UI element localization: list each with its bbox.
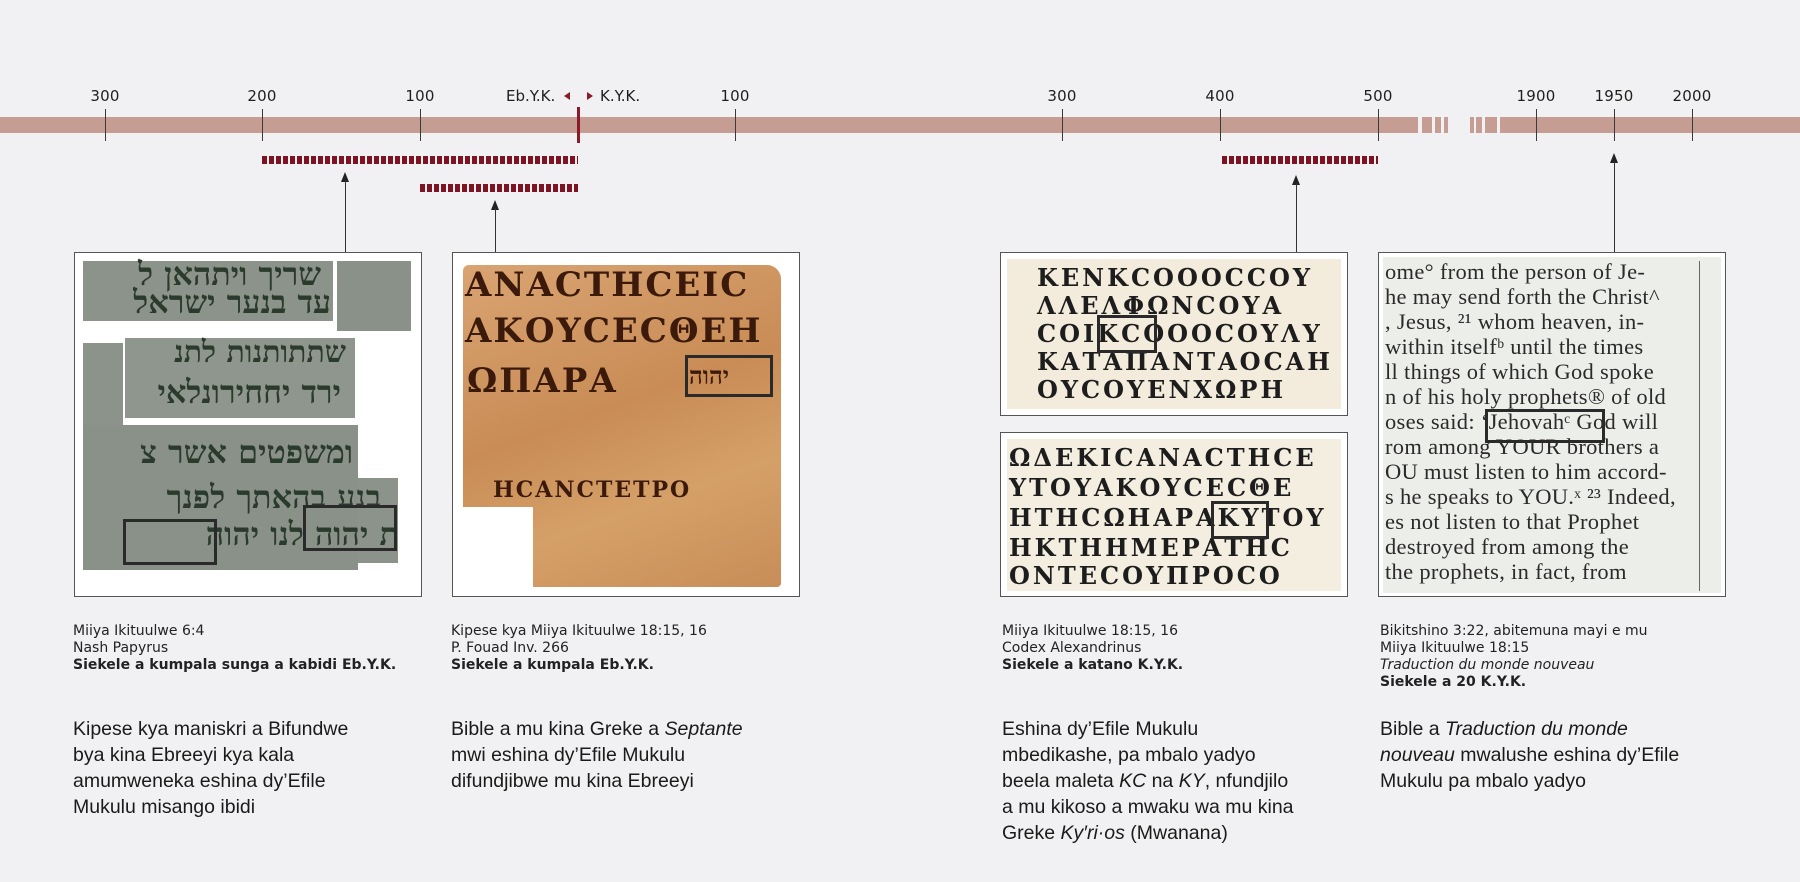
- caption-nash-papyrus: Miiya Ikituulwe 6:4 Nash Papyrus Siekele…: [73, 623, 396, 674]
- description-line: nouveau mwalushe eshina dy’Efile: [1380, 742, 1760, 768]
- bible-text-line: destroyed from among the: [1385, 534, 1629, 560]
- image-p-fouad-266: ΑΝΑCΤΗCΕΙC ΑΚΟΥCΕCΘΕΗ ΩΠΑΡΑ ΗCΑΝCΤΕΤΡΟ י…: [452, 252, 800, 597]
- timeline-break-gap: [1448, 117, 1468, 133]
- caption-date: Siekele a kumpala sunga a kabidi Eb.Y.K.: [73, 657, 396, 674]
- caption-date: Siekele a 20 K.Y.K.: [1380, 674, 1648, 691]
- description-line: Bible a Traduction du monde: [1380, 716, 1760, 742]
- era-divider: [577, 107, 580, 143]
- caption-p-fouad: Kipese kya Miiya Ikituulwe 18:15, 16 P. …: [451, 623, 707, 674]
- caption-translation: Traduction du monde nouveau: [1380, 657, 1648, 674]
- manuscript-text-line: ΚΕΝΚCΟΟΟCCΟΥ: [1037, 263, 1313, 292]
- papyrus-fragment: [337, 261, 411, 331]
- date-range-codex-alexandrinus: [1222, 156, 1378, 164]
- caption-source: P. Fouad Inv. 266: [451, 640, 707, 657]
- timeline-bar-segment: [1470, 117, 1474, 133]
- caption-reference-continued: Miiya Ikituulwe 18:15: [1380, 640, 1648, 657]
- manuscript-text-line: ΛΛΕΛΦΩΝCΟΥΑ: [1037, 291, 1284, 320]
- tick-label: 200: [247, 87, 276, 105]
- manuscript-text-line: ירד יחחירונלאי: [157, 373, 341, 411]
- description-new-world-translation: Bible a Traduction du monde nouveau mwal…: [1380, 716, 1760, 794]
- description-line: Mukulu misango ibidi: [73, 794, 413, 820]
- manuscript-text-line: ΟΝΤΕCΟΥΠΡΟCΟ: [1009, 561, 1283, 590]
- bible-text-line: s he speaks to YOU.ˣ ²³ Indeed,: [1385, 484, 1676, 510]
- divine-name-highlight: [303, 505, 397, 551]
- divine-name-highlight: [685, 355, 773, 397]
- caption-source: Nash Papyrus: [73, 640, 396, 657]
- description-line: amumweneka eshina dy’Efile: [73, 768, 413, 794]
- divine-name-highlight: [1485, 409, 1605, 443]
- description-line: Mukulu pa mbalo yadyo: [1380, 768, 1760, 794]
- connector-line: [495, 208, 496, 252]
- tick-label: 500: [1363, 87, 1392, 105]
- image-codex-alexandrinus-1: ΚΕΝΚCΟΟΟCCΟΥ ΛΛΕΛΦΩΝCΟΥΑ CΟΙΚCΟΟΟCΟΥΛΥ Κ…: [1000, 252, 1348, 416]
- connector-line: [1296, 183, 1297, 252]
- arrow-left-icon: [564, 92, 570, 100]
- bible-text-line: within itselfᵇ until the times: [1385, 334, 1643, 360]
- tick-label: 2000: [1673, 87, 1712, 105]
- description-codex-alexandrinus: Eshina dy’Efile Mukulu mbedikashe, pa mb…: [1002, 716, 1362, 846]
- description-line: Eshina dy’Efile Mukulu: [1002, 716, 1362, 742]
- tick-400-ce: [1220, 109, 1221, 141]
- manuscript-text-line: ΑΝΑCΤΗCΕΙC: [465, 265, 749, 305]
- bible-text-line: he may send forth the Christ^: [1385, 284, 1660, 310]
- manuscript-text-line: ΗCΑΝCΤΕΤΡΟ: [493, 477, 691, 503]
- bible-text-line: n of his holy prophets® of old: [1385, 384, 1666, 410]
- tick-label: 1900: [1517, 87, 1556, 105]
- timeline-bar-segment: [1476, 117, 1482, 133]
- divine-name-highlight: [1211, 501, 1269, 539]
- tick-100-ce: [735, 109, 736, 141]
- caption-reference: Kipese kya Miiya Ikituulwe 18:15, 16: [451, 623, 707, 640]
- image-codex-alexandrinus-2: ΩΔΕΚΙCΑΝΑCΤΗCΕ ΥΤΟΥΑΚΟΥCΕCΘΕ ΗΤΗCΩΗΑΡΑΚΥ…: [1000, 432, 1348, 597]
- description-line: bya kina Ebreeyi kya kala: [73, 742, 413, 768]
- bible-text-line: , Jesus, ²¹ whom heaven, in-: [1385, 309, 1644, 335]
- tick-label: 300: [90, 87, 119, 105]
- timeline-bar-segment: [1485, 117, 1497, 133]
- description-line: Greke Ky′ri·os (Mwanana): [1002, 820, 1362, 846]
- description-line: difundjibwe mu kina Ebreeyi: [451, 768, 791, 794]
- manuscript-text-line: ΩΠΑΡΑ: [467, 361, 618, 401]
- manuscript-text-line: ΩΔΕΚΙCΑΝΑCΤΗCΕ: [1009, 443, 1317, 472]
- divine-name-highlight: [123, 519, 217, 565]
- papyrus-fragment-cutout: [463, 507, 533, 587]
- timeline-bar-segment: [1500, 117, 1800, 133]
- bible-text-line: es not listen to that Prophet: [1385, 509, 1639, 535]
- timeline-bar-segment: [1422, 117, 1432, 133]
- era-label-ce: K.Y.K.: [600, 87, 640, 105]
- arrow-right-icon: [587, 92, 593, 100]
- caption-codex-alexandrinus: Miiya Ikituulwe 18:15, 16 Codex Alexandr…: [1002, 623, 1183, 674]
- tick-1950-ce: [1614, 109, 1615, 141]
- tick-label: 100: [720, 87, 749, 105]
- description-line: mwi eshina dy’Efile Mukulu: [451, 742, 791, 768]
- tick-300-ce: [1062, 109, 1063, 141]
- bible-text-line: ome° from the person of Je-: [1385, 259, 1645, 285]
- tick-label: 100: [405, 87, 434, 105]
- tick-label: 400: [1205, 87, 1234, 105]
- caption-new-world-translation: Bikitshino 3:22, abitemuna mayi e mu Mii…: [1380, 623, 1648, 691]
- connector-line: [345, 180, 346, 252]
- era-label-bce: Eb.Y.K.: [506, 87, 555, 105]
- description-line: mbedikashe, pa mbalo yadyo: [1002, 742, 1362, 768]
- timeline-bar-segment: [1435, 117, 1441, 133]
- manuscript-text-line: ΟΥCΟΥΕΝΧΩΡΗ: [1037, 375, 1286, 404]
- manuscript-text-line: ΚΑΤΑΠΑΝΤΑΟCΑΗ: [1037, 347, 1333, 376]
- bible-text-line: ll things of which God spoke: [1385, 359, 1654, 385]
- image-new-world-translation: ome° from the person of Je- he may send …: [1378, 252, 1726, 597]
- manuscript-text-line: שתתותנות לתנ: [174, 335, 346, 370]
- caption-reference: Miiya Ikituulwe 6:4: [73, 623, 396, 640]
- caption-date: Siekele a kumpala Eb.Y.K.: [451, 657, 707, 674]
- manuscript-text-line: ΑΚΟΥCΕCΘΕΗ: [465, 311, 763, 351]
- description-p-fouad: Bible a mu kina Greke a Septante mwi esh…: [451, 716, 791, 794]
- caption-date: Siekele a katano K.Y.K.: [1002, 657, 1183, 674]
- tick-300-bce: [105, 109, 106, 141]
- date-range-nash-papyrus: [262, 156, 578, 164]
- manuscript-text-line: ומשפטים אשר צ: [140, 433, 353, 471]
- bible-text-line: the prophets, in fact, from: [1385, 559, 1627, 585]
- timeline-bar-segment: [0, 117, 1418, 133]
- tick-100-bce: [420, 109, 421, 141]
- manuscript-text-line: CΟΙΚCΟΟΟCΟΥΛΥ: [1037, 319, 1323, 348]
- manuscript-text-line: עד בנער ישראל: [133, 283, 331, 321]
- divine-name-highlight: [1097, 315, 1157, 353]
- manuscript-text-line: ΗΤΗCΩΗΑΡΑΚΥΤΟΥ: [1009, 503, 1327, 532]
- date-range-fouad-papyrus: [420, 184, 578, 192]
- caption-source: Codex Alexandrinus: [1002, 640, 1183, 657]
- description-line: Bible a mu kina Greke a Septante: [451, 716, 791, 742]
- caption-reference: Miiya Ikituulwe 18:15, 16: [1002, 623, 1183, 640]
- margin-rule: [1699, 261, 1700, 591]
- bible-text-line: OU must listen to him accord-: [1385, 459, 1667, 485]
- description-line: Kipese kya maniskri a Bifundwe: [73, 716, 413, 742]
- tick-1900-ce: [1536, 109, 1537, 141]
- tick-label: 300: [1047, 87, 1076, 105]
- septuagint-title: Septante: [665, 718, 743, 740]
- tick-label: 1950: [1595, 87, 1634, 105]
- tick-2000-ce: [1692, 109, 1693, 141]
- tick-500-ce: [1378, 109, 1379, 141]
- tick-200-bce: [262, 109, 263, 141]
- connector-line: [1614, 161, 1615, 252]
- description-line: beela maleta KC na KY, nfundjilo: [1002, 768, 1362, 794]
- image-nash-papyrus: שריך ויתהאן ל עד בנער ישראל שתתותנות לתנ…: [74, 252, 422, 597]
- description-nash-papyrus: Kipese kya maniskri a Bifundwe bya kina …: [73, 716, 413, 820]
- caption-reference: Bikitshino 3:22, abitemuna mayi e mu: [1380, 623, 1648, 640]
- manuscript-text-line: ΥΤΟΥΑΚΟΥCΕCΘΕ: [1009, 473, 1294, 502]
- description-line: a mu kikoso a mwaku wa mu kina: [1002, 794, 1362, 820]
